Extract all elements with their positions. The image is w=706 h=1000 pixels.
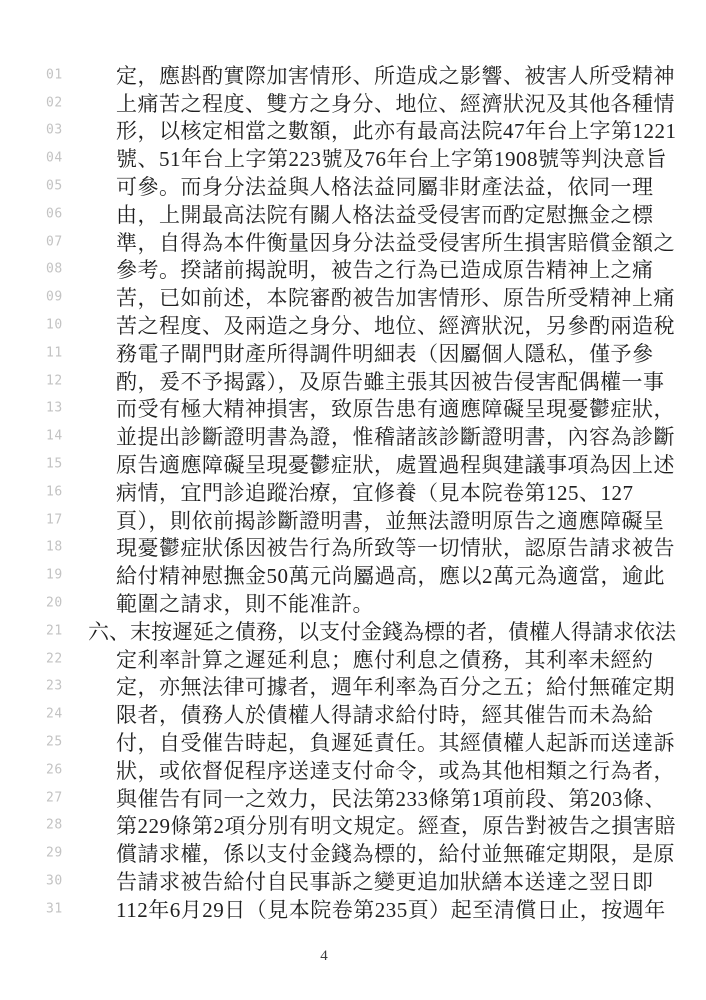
document-line: 10 苦之程度、及兩造之身分、地位、經濟狀況，另參酌兩造稅 (0, 311, 706, 339)
line-number: 16 (46, 484, 63, 499)
line-text: 酌，爰不予揭露），及原告雖主張其因被告侵害配偶權一事 (116, 366, 665, 396)
line-number: 31 (46, 901, 63, 916)
line-number: 07 (46, 234, 63, 249)
document-line: 29 償請求權，係以支付金錢為標的，給付並無確定期限，是原 (0, 839, 706, 867)
line-number: 28 (46, 818, 63, 833)
line-text: 112年6月29日（見本院卷第235頁）起至清償日止，按週年 (116, 894, 666, 924)
document-line: 01 定，應斟酌實際加害情形、所造成之影響、被害人所受精神 (0, 61, 706, 89)
document-line: 28 第229條第2項分別有明文規定。經查，原告對被告之損害賠 (0, 812, 706, 840)
document-line: 08 參考。揆諸前揭說明，被告之行為已造成原告精神上之痛 (0, 256, 706, 284)
line-number: 23 (46, 679, 63, 694)
line-text: 而受有極大精神損害，致原告患有適應障礙呈現憂鬱症狀， (116, 393, 675, 423)
line-number: 27 (46, 790, 63, 805)
page-number: 4 (0, 948, 648, 965)
line-number: 04 (46, 151, 63, 166)
line-number: 02 (46, 95, 63, 110)
line-text: 定利率計算之遲延利息；應付利息之債務，其利率未經約 (116, 644, 654, 674)
line-text: 準，自得為本件衡量因身分法益受侵害所生損害賠償金額之 (116, 227, 675, 257)
document-line: 14 並提出診斷證明書為證，惟稽諸該診斷證明書，內容為診斷 (0, 422, 706, 450)
line-text: 定，應斟酌實際加害情形、所造成之影響、被害人所受精神 (116, 60, 675, 90)
line-number: 19 (46, 568, 63, 583)
line-text: 並提出診斷證明書為證，惟稽諸該診斷證明書，內容為診斷 (116, 421, 675, 451)
line-number: 10 (46, 318, 63, 333)
line-number: 20 (46, 596, 63, 611)
line-number: 29 (46, 846, 63, 861)
line-number: 12 (46, 373, 63, 388)
document-line: 30 告請求被告給付自民事訴之變更追加狀繕本送達之翌日即 (0, 867, 706, 895)
document-line: 19 給付精神慰撫金50萬元尚屬過高，應以2萬元為適當，逾此 (0, 561, 706, 589)
line-text: 苦，已如前述，本院審酌被告加害情形、原告所受精神上痛 (116, 282, 675, 312)
line-text: 號、51年台上字第223號及76年台上字第1908號等判決意旨 (116, 143, 667, 173)
line-number: 08 (46, 262, 63, 277)
line-text: 給付精神慰撫金50萬元尚屬過高，應以2萬元為適當，逾此 (116, 560, 665, 590)
line-text: 參考。揆諸前揭說明，被告之行為已造成原告精神上之痛 (116, 254, 654, 284)
line-number: 24 (46, 707, 63, 722)
line-number: 15 (46, 457, 63, 472)
document-line: 16 病情，宜門診追蹤治療，宜修養（見本院卷第125、127 (0, 478, 706, 506)
line-number: 17 (46, 512, 63, 527)
line-number: 21 (46, 623, 63, 638)
line-text: 狀，或依督促程序送達支付命令，或為其他相類之行為者， (116, 755, 675, 785)
document-line: 12 酌，爰不予揭露），及原告雖主張其因被告侵害配偶權一事 (0, 367, 706, 395)
line-text: 務電子閘門財產所得調件明細表（因屬個人隱私，僅予參 (116, 338, 654, 368)
document-line: 22 定利率計算之遲延利息；應付利息之債務，其利率未經約 (0, 645, 706, 673)
line-number: 25 (46, 735, 63, 750)
document-line: 07 準，自得為本件衡量因身分法益受侵害所生損害賠償金額之 (0, 228, 706, 256)
document-line: 06 由，上開最高法院有關人格法益受侵害而酌定慰撫金之標 (0, 200, 706, 228)
document-line: 15 原告適應障礙呈現憂鬱症狀，處置過程與建議事項為因上述 (0, 450, 706, 478)
document-line: 26 狀，或依督促程序送達支付命令，或為其他相類之行為者， (0, 756, 706, 784)
line-text: 由，上開最高法院有關人格法益受侵害而酌定慰撫金之標 (116, 199, 654, 229)
document-line: 20 範圍之請求，則不能准許。 (0, 589, 706, 617)
line-number: 13 (46, 401, 63, 416)
text-lines: 01 定，應斟酌實際加害情形、所造成之影響、被害人所受精神 02 上痛苦之程度、… (0, 61, 706, 923)
line-text: 苦之程度、及兩造之身分、地位、經濟狀況，另參酌兩造稅 (116, 310, 675, 340)
line-text: 定，亦無法律可據者，週年利率為百分之五；給付無確定期 (116, 671, 675, 701)
document-line: 25 付，自受催告時起，負遲延責任。其經債權人起訴而送達訴 (0, 728, 706, 756)
line-text: 告請求被告給付自民事訴之變更追加狀繕本送達之翌日即 (116, 866, 654, 896)
line-text: 形，以核定相當之數額，此亦有最高法院47年台上字第1221 (116, 115, 677, 145)
line-number: 30 (46, 874, 63, 889)
line-text: 可參。而身分法益與人格法益同屬非財產法益，依同一理 (116, 171, 654, 201)
line-number: 14 (46, 429, 63, 444)
line-number: 22 (46, 651, 63, 666)
document-line: 02 上痛苦之程度、雙方之身分、地位、經濟狀況及其他各種情 (0, 89, 706, 117)
document-line: 31 112年6月29日（見本院卷第235頁）起至清償日止，按週年 (0, 895, 706, 923)
document-line: 21 六、末按遲延之債務，以支付金錢為標的者，債權人得請求依法 (0, 617, 706, 645)
line-text: 範圍之請求，則不能准許。 (116, 588, 374, 618)
document-line: 23 定，亦無法律可據者，週年利率為百分之五；給付無確定期 (0, 673, 706, 701)
document-line: 13 而受有極大精神損害，致原告患有適應障礙呈現憂鬱症狀， (0, 395, 706, 423)
document-line: 24 限者，債務人於債權人得請求給付時，經其催告而未為給 (0, 700, 706, 728)
line-number: 01 (46, 67, 63, 82)
line-text: 與催告有同一之效力，民法第233條第1項前段、第203條、 (116, 783, 666, 813)
line-text: 限者，債務人於債權人得請求給付時，經其催告而未為給 (116, 699, 654, 729)
line-text: 付，自受催告時起，負遲延責任。其經債權人起訴而送達訴 (116, 727, 675, 757)
line-number: 05 (46, 179, 63, 194)
line-text: 原告適應障礙呈現憂鬱症狀，處置過程與建議事項為因上述 (116, 449, 675, 479)
line-text: 病情，宜門診追蹤治療，宜修養（見本院卷第125、127 (116, 477, 634, 507)
line-text: 上痛苦之程度、雙方之身分、地位、經濟狀況及其他各種情 (116, 88, 675, 118)
line-text: 頁），則依前揭診斷證明書，並無法證明原告之適應障礙呈 (116, 505, 665, 535)
line-text: 償請求權，係以支付金錢為標的，給付並無確定期限，是原 (116, 838, 675, 868)
document-line: 17 頁），則依前揭診斷證明書，並無法證明原告之適應障礙呈 (0, 506, 706, 534)
line-text: 現憂鬱症狀係因被告行為所致等一切情狀，認原告請求被告 (116, 532, 675, 562)
line-number: 03 (46, 123, 63, 138)
document-line: 27 與催告有同一之效力，民法第233條第1項前段、第203條、 (0, 784, 706, 812)
line-text: 六、末按遲延之債務，以支付金錢為標的者，債權人得請求依法 (88, 616, 676, 646)
document-line: 05 可參。而身分法益與人格法益同屬非財產法益，依同一理 (0, 172, 706, 200)
document-page: 01 定，應斟酌實際加害情形、所造成之影響、被害人所受精神 02 上痛苦之程度、… (0, 0, 706, 1000)
line-number: 11 (46, 345, 63, 360)
document-line: 11 務電子閘門財產所得調件明細表（因屬個人隱私，僅予參 (0, 339, 706, 367)
document-line: 09 苦，已如前述，本院審酌被告加害情形、原告所受精神上痛 (0, 283, 706, 311)
document-line: 03 形，以核定相當之數額，此亦有最高法院47年台上字第1221 (0, 117, 706, 145)
document-line: 18 現憂鬱症狀係因被告行為所致等一切情狀，認原告請求被告 (0, 534, 706, 562)
line-number: 26 (46, 762, 63, 777)
document-line: 04 號、51年台上字第223號及76年台上字第1908號等判決意旨 (0, 144, 706, 172)
line-number: 18 (46, 540, 63, 555)
line-number: 06 (46, 206, 63, 221)
line-text: 第229條第2項分別有明文規定。經查，原告對被告之損害賠 (116, 810, 676, 840)
line-number: 09 (46, 290, 63, 305)
